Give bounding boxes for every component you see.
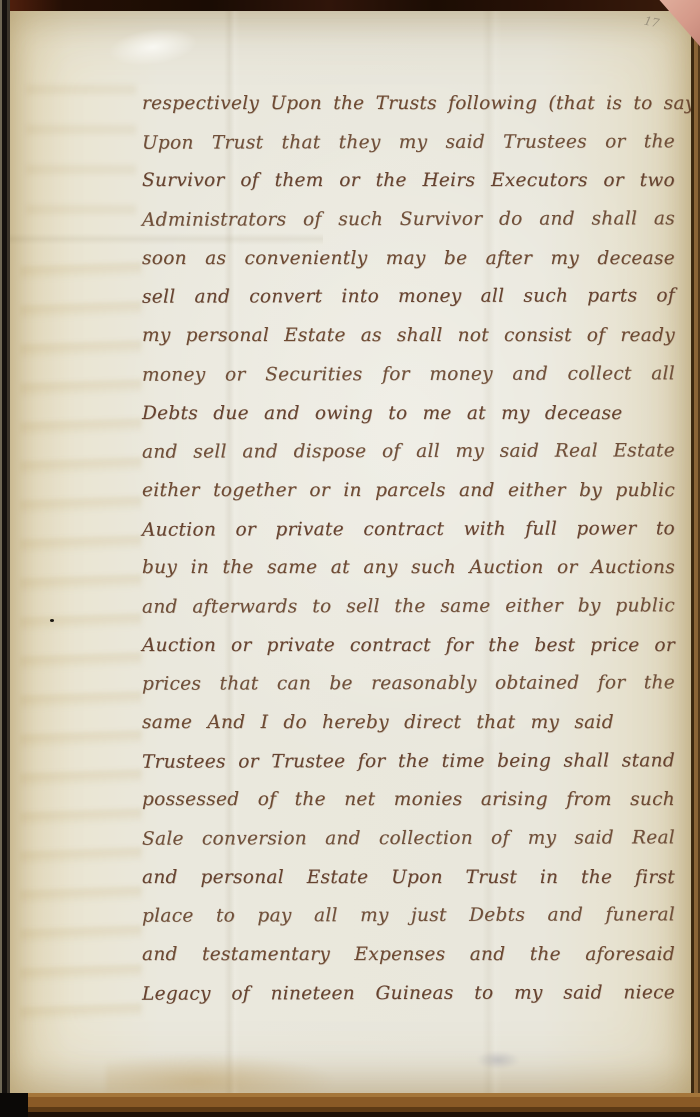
- manuscript-line: Upon Trust that they my said Trustees or…: [142, 123, 675, 163]
- manuscript-line: Auction or private contract with full po…: [142, 510, 675, 550]
- ink-speck: [50, 619, 54, 622]
- manuscript-line: possessed of the net monies arising from…: [142, 781, 675, 820]
- manuscript-line: place to pay all my just Debts and funer…: [142, 897, 675, 937]
- book-edge-bottom-corner: [0, 1093, 28, 1117]
- manuscript-line: and afterwards to sell the same either b…: [142, 587, 675, 627]
- manuscript-line: and sell and dispose of all my said Real…: [142, 432, 675, 472]
- manuscript-line: Administrators of such Survivor do and s…: [142, 200, 675, 240]
- manuscript-line: respectively Upon the Trusts following (…: [142, 85, 675, 124]
- manuscript-text: respectively Upon the Trusts following (…: [142, 85, 675, 1014]
- manuscript-line: and personal Estate Upon Trust in the fi…: [142, 859, 675, 898]
- manuscript-line: my personal Estate as shall not consist …: [142, 317, 675, 356]
- manuscript-line: sell and convert into money all such par…: [142, 278, 675, 318]
- manuscript-line: same And I do hereby direct that my said: [142, 704, 675, 743]
- paper-smudge: [476, 1051, 520, 1069]
- scanned-manuscript-photo: 17 respectively Upon the Trusts followin…: [0, 0, 700, 1117]
- manuscript-line: soon as conveniently may be after my dec…: [142, 240, 675, 279]
- book-edge-right: [691, 0, 700, 1117]
- manuscript-page: 17 respectively Upon the Trusts followin…: [10, 11, 691, 1095]
- manuscript-line: Survivor of them or the Heirs Executors …: [142, 162, 675, 201]
- show-through-ghost-text: [26, 71, 136, 241]
- page-number: 17: [642, 14, 660, 31]
- manuscript-line: Trustees or Trustee for the time being s…: [142, 742, 675, 782]
- manuscript-line: either together or in parcels and either…: [142, 472, 675, 511]
- paper-stain: [106, 1053, 336, 1093]
- manuscript-line: Auction or private contract for the best…: [142, 627, 675, 666]
- manuscript-line: Debts due and owing to me at my decease: [142, 395, 675, 434]
- manuscript-line: money or Securities for money and collec…: [142, 355, 675, 395]
- book-edge-top: [0, 0, 700, 11]
- page-curl-highlight: [106, 23, 200, 71]
- manuscript-line: buy in the same at any such Auction or A…: [142, 549, 675, 588]
- manuscript-line: Sale conversion and collection of my sai…: [142, 819, 675, 859]
- book-binding-left: [0, 0, 10, 1117]
- manuscript-line: Legacy of nineteen Guineas to my said ni…: [142, 974, 675, 1014]
- manuscript-line: and testamentary Expenses and the afores…: [142, 936, 675, 975]
- show-through-ghost-text: [20, 249, 142, 1033]
- book-edge-bottom: [0, 1093, 700, 1117]
- manuscript-line: prices that can be reasonably obtained f…: [142, 665, 675, 705]
